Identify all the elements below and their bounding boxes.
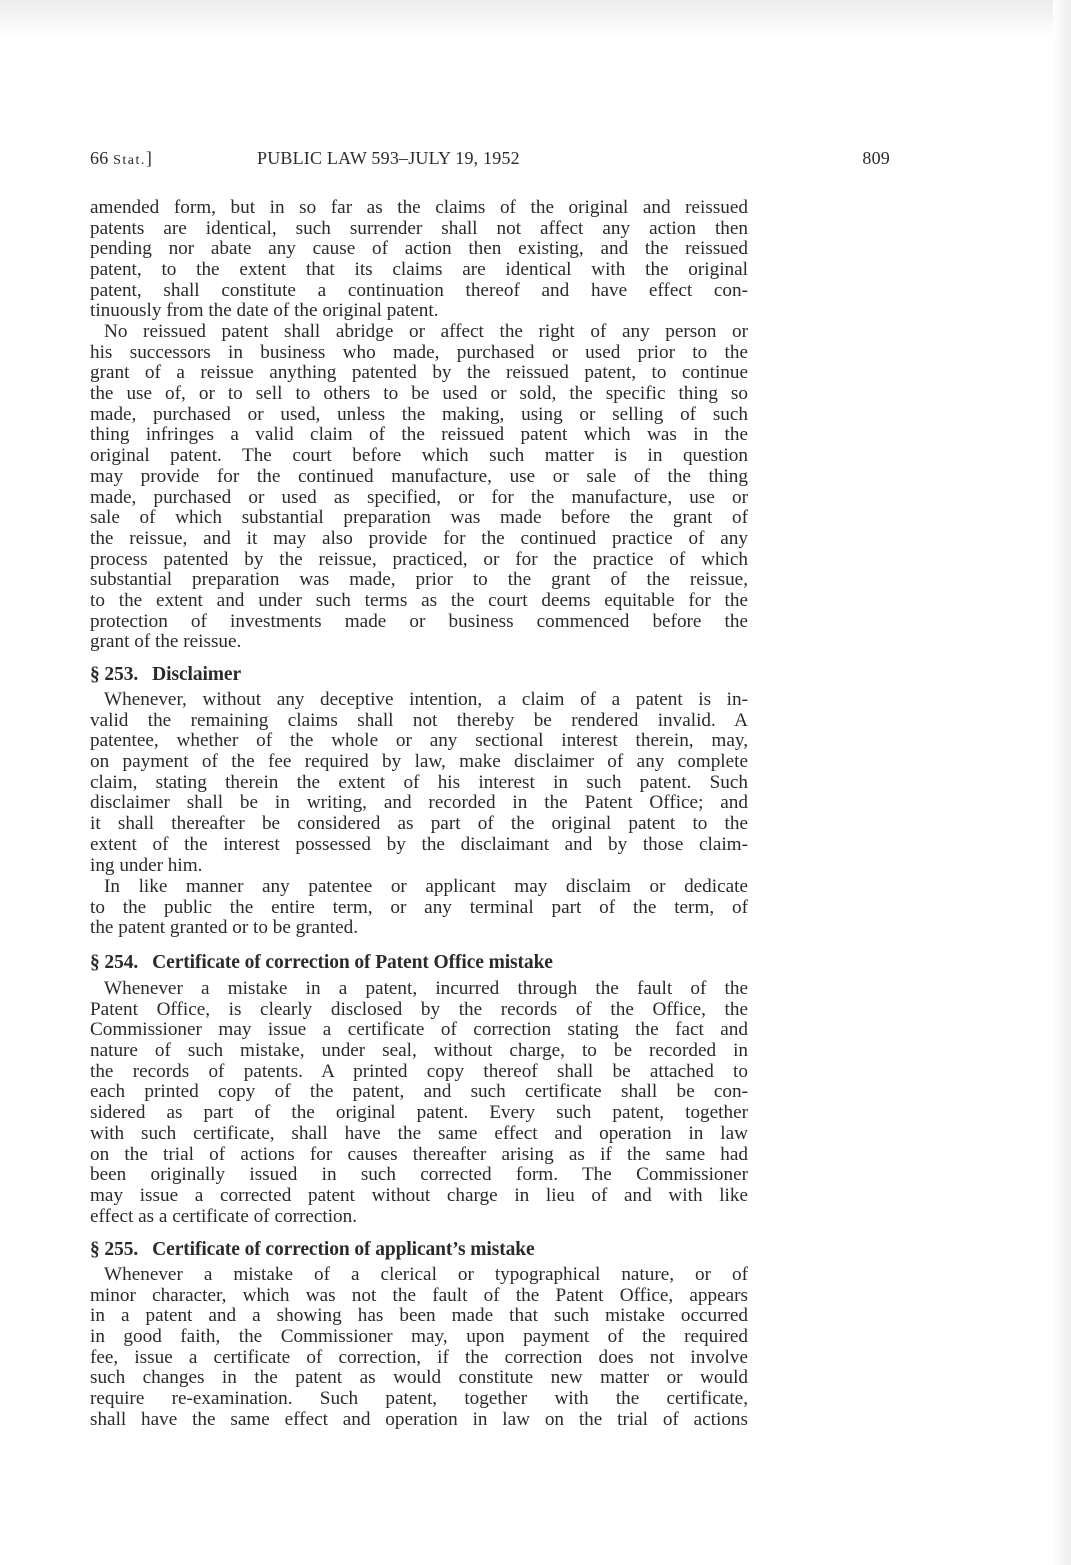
text-line: each printed copy of the patent, and suc… bbox=[90, 1082, 748, 1103]
text-line: In like manner any patentee or applicant… bbox=[90, 877, 748, 898]
text-line: made, purchased or used, unless the maki… bbox=[90, 405, 748, 426]
text-line: the reissue, and it may also provide for… bbox=[90, 529, 748, 550]
text-line: ing under him. bbox=[90, 856, 748, 877]
text-line: fee, issue a certificate of correction, … bbox=[90, 1348, 748, 1369]
text-line: Whenever, without any deceptive intentio… bbox=[90, 690, 748, 711]
text-line: with such certificate, shall have the sa… bbox=[90, 1124, 748, 1145]
paragraph-reissue-continuation: amended form, but in so far as the claim… bbox=[90, 198, 748, 322]
section-title: Disclaimer bbox=[152, 664, 241, 685]
text-line: to the extent and under such terms as th… bbox=[90, 591, 748, 612]
text-line: require re-examination. Such patent, tog… bbox=[90, 1389, 748, 1410]
paragraph-disclaimer: Whenever, without any deceptive intentio… bbox=[90, 690, 748, 876]
text-line: protection of investments made or busine… bbox=[90, 612, 748, 633]
text-line: nature of such mistake, under seal, with… bbox=[90, 1041, 748, 1062]
section-heading-253: § 253.Disclaimer bbox=[90, 664, 241, 686]
text-line: effect as a certificate of correction. bbox=[90, 1207, 748, 1228]
text-line: may provide for the continued manufactur… bbox=[90, 467, 748, 488]
section-number: § 254. bbox=[90, 952, 138, 973]
scan-edge-top bbox=[0, 0, 1071, 40]
paragraph-intervening-rights: No reissued patent shall abridge or affe… bbox=[90, 322, 748, 653]
text-line: shall have the same effect and operation… bbox=[90, 1410, 748, 1431]
text-line: on payment of the fee required by law, m… bbox=[90, 752, 748, 773]
text-line: patents are identical, such surrender sh… bbox=[90, 219, 748, 240]
text-line: to the public the entire term, or any te… bbox=[90, 898, 748, 919]
text-line: the records of patents. A printed copy t… bbox=[90, 1062, 748, 1083]
paragraph-applicant-mistake: Whenever a mistake of a clerical or typo… bbox=[90, 1265, 748, 1431]
section-heading-255: § 255.Certificate of correction of appli… bbox=[90, 1239, 535, 1261]
section-heading-254: § 254.Certificate of correction of Paten… bbox=[90, 952, 553, 974]
text-line: No reissued patent shall abridge or affe… bbox=[90, 322, 748, 343]
text-line: such changes in the patent as would cons… bbox=[90, 1368, 748, 1389]
text-line: his successors in business who made, pur… bbox=[90, 343, 748, 364]
text-line: in a patent and a showing has been made … bbox=[90, 1306, 748, 1327]
text-line: process patented by the reissue, practic… bbox=[90, 550, 748, 571]
text-line: patent, to the extent that its claims ar… bbox=[90, 260, 748, 281]
text-line: pending nor abate any cause of action th… bbox=[90, 239, 748, 260]
paragraph-terminal-disclaimer: In like manner any patentee or applicant… bbox=[90, 877, 748, 939]
text-line: amended form, but in so far as the claim… bbox=[90, 198, 748, 219]
volume-abbrev: Stat. bbox=[113, 153, 146, 168]
text-line: grant of a reissue anything patented by … bbox=[90, 363, 748, 384]
text-line: valid the remaining claims shall not the… bbox=[90, 711, 748, 732]
text-line: patent, shall constitute a continuation … bbox=[90, 281, 748, 302]
text-line: claim, stating therein the extent of his… bbox=[90, 773, 748, 794]
section-title: Certificate of correction of Patent Offi… bbox=[152, 952, 553, 973]
text-line: sale of which substantial preparation wa… bbox=[90, 508, 748, 529]
text-line: Patent Office, is clearly disclosed by t… bbox=[90, 1000, 748, 1021]
text-line: extent of the interest possessed by the … bbox=[90, 835, 748, 856]
text-line: Whenever a mistake of a clerical or typo… bbox=[90, 1265, 748, 1286]
text-line: tinuously from the date of the original … bbox=[90, 301, 748, 322]
text-line: may issue a corrected patent without cha… bbox=[90, 1186, 748, 1207]
volume-citation: 66 Stat.] bbox=[90, 148, 152, 169]
text-line: original patent. The court before which … bbox=[90, 446, 748, 467]
law-title: PUBLIC LAW 593–JULY 19, 1952 bbox=[257, 148, 520, 169]
text-line: Whenever a mistake in a patent, incurred… bbox=[90, 979, 748, 1000]
text-line: sidered as part of the original patent. … bbox=[90, 1103, 748, 1124]
text-line: made, purchased or used as specified, or… bbox=[90, 488, 748, 509]
text-line: substantial preparation was made, prior … bbox=[90, 570, 748, 591]
section-number: § 253. bbox=[90, 664, 138, 685]
page-number: 809 bbox=[862, 148, 890, 169]
text-line: thing infringes a valid claim of the rei… bbox=[90, 425, 748, 446]
section-title: Certificate of correction of applicant’s… bbox=[152, 1239, 534, 1260]
volume-number: 66 bbox=[90, 148, 113, 168]
text-line: Commissioner may issue a certificate of … bbox=[90, 1020, 748, 1041]
paragraph-office-mistake: Whenever a mistake in a patent, incurred… bbox=[90, 979, 748, 1227]
text-line: the patent granted or to be granted. bbox=[90, 918, 748, 939]
section-number: § 255. bbox=[90, 1239, 138, 1260]
text-line: minor character, which was not the fault… bbox=[90, 1286, 748, 1307]
running-head: 66 Stat.] PUBLIC LAW 593–JULY 19, 1952 8… bbox=[90, 148, 890, 174]
text-line: patentee, whether of the whole or any se… bbox=[90, 731, 748, 752]
text-line: the use of, or to sell to others to be u… bbox=[90, 384, 748, 405]
text-line: it shall thereafter be considered as par… bbox=[90, 814, 748, 835]
text-line: been originally issued in such corrected… bbox=[90, 1165, 748, 1186]
text-line: disclaimer shall be in writing, and reco… bbox=[90, 793, 748, 814]
text-line: in good faith, the Commissioner may, upo… bbox=[90, 1327, 748, 1348]
text-line: grant of the reissue. bbox=[90, 632, 748, 653]
volume-bracket: ] bbox=[146, 148, 152, 168]
scan-edge-right bbox=[1053, 0, 1071, 1565]
text-line: on the trial of actions for causes there… bbox=[90, 1145, 748, 1166]
